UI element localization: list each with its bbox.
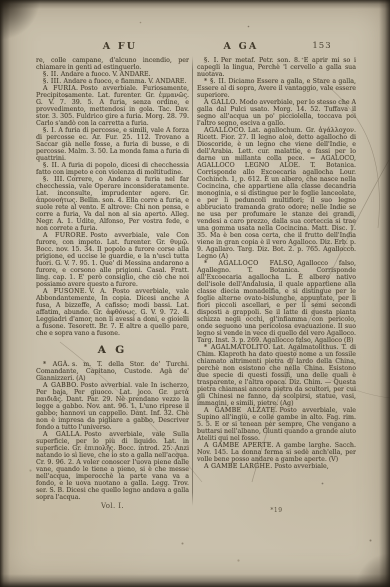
running-head-right: A GA [197,41,285,52]
entry-paragraph: A FURIA.Posto avverbiale. Furiosamente, … [36,85,189,127]
entry-paragraph: * AGALLOCO FALSO,Agallocco falso, Agalle… [197,260,356,344]
entry-paragraph: §. III.Correre, o Andare a furia nel far… [36,176,189,232]
entry-paragraph: A FURORE.Posto avverbiale, vale Con furo… [36,232,189,288]
left-column: re, colle campane, d'alcuno incendio, pe… [36,57,189,507]
page-number: 153 [302,41,342,51]
entry-headword: A GABBO. [43,382,79,389]
entry-text: Posto avverbiale, vale Con furore, con i… [36,232,189,288]
entry-paragraph: AGALLOCO.Lat. agallochum. Gr. ἀγάλλοχον.… [197,127,356,260]
entry-paragraph: * §. II.Diciamo Essere a galla, e Stare … [197,78,356,99]
volume-label: Vol. I. [36,502,189,510]
entry-text: re, colle campane, d'alcuno incendio, pe… [36,57,189,71]
entry-headword: A GALLA. [43,431,82,438]
entry-paragraph: §. I.A furia di percosse, e simili, vale… [36,127,189,162]
entry-text: Posto avverbiale, vale Sulla superficie,… [36,431,189,501]
section-heading: A G [36,347,189,354]
entry-headword: §. I. [204,57,219,64]
entry-paragraph: re, colle campane, d'alcuno incendio, pe… [36,57,189,71]
entry-text: Posto avverbiale. Furiosamente, Precipit… [36,85,189,127]
entry-text: Andare a fuoco. V. ANDARE. [61,71,151,78]
entry-headword: A FUSONE. [43,288,87,295]
entry-text: Correre, o Andare a furia nel far checch… [36,176,189,232]
entry-headword: * AGÀ. [43,361,70,368]
entry-text: V. A. Posto avverbiale, vale Abbondantem… [36,288,189,337]
entry-headword: AGALLOCO. [204,127,246,134]
entry-paragraph: §. III.Andare a fuoco, e fiamma. V. ANDA… [36,78,189,85]
entry-paragraph: A GAMBE APERTE.A gambe larghe. Sacch. No… [197,442,356,463]
right-column: §. I.Per metaf. Petr. son. 8. E aprir mi… [197,57,356,507]
entry-headword: A GAMBE LARGHE. [204,463,273,470]
entry-text: Lat. agallochum. Gr. ἀγάλλοχον. Ricett. … [197,127,356,260]
running-head-left: A FU [44,41,196,52]
entry-headword: A FURIA. [43,85,78,92]
entry-headword: * AGALLOCO FALSO, [204,260,295,267]
entry-headword: * AGALMATOLITO. [204,344,271,351]
entry-text: Andare a fuoco, e fiamma. V. ANDARE. [64,78,187,85]
entry-paragraph: A GALLO.Modo avverbiale, per lo stesso c… [197,99,356,127]
entry-paragraph: §. II.A furia di popolo, dicesi di checc… [36,162,189,176]
entry-headword: A FURORE. [43,232,88,239]
running-head: A FU A GA 153 [0,41,390,53]
entry-headword: §. III. [43,176,65,183]
entry-headword: A GALLO. [204,99,238,106]
entry-paragraph: A GAMBE LARGHE.Posto avverbiale, [197,463,356,470]
paper: A FU A GA 153 re, colle campane, d'alcun… [0,0,390,587]
entry-text: Posto avverbial. vale In ischerzo, Per b… [36,382,189,431]
entry-headword: §. II. [43,71,59,78]
column-divider [192,56,193,506]
entry-headword: * §. II. [204,78,226,85]
entry-paragraph: A GALLA.Posto avverbiale, vale Sulla sup… [36,431,189,501]
entry-text: Posto avverbiale, [275,463,329,470]
entry-headword: A GAMBE ALZATE. [204,407,277,414]
entry-paragraph: §. II.Andare a fuoco. V. ANDARE. [36,71,189,78]
entry-headword: §. II. [43,162,59,169]
paper-specks [0,0,1,1]
scanned-book-page: A FU A GA 153 re, colle campane, d'alcun… [0,0,390,587]
signature-mark: *19 [197,507,356,514]
entry-headword: §. I. [43,127,56,134]
entry-paragraph: A GAMBE ALZATE.Posto avverbiale, vale Su… [197,407,356,442]
entry-text: Lat. Agalmatolithus. T. di Chim. Klaprot… [197,344,356,407]
entry-text: Per metaf. Petr. son. 8. E aprir mi so i… [197,57,356,78]
entry-paragraph: * AGALMATOLITO.Lat. Agalmatolithus. T. d… [197,344,356,407]
entry-headword: §. III. [43,78,62,85]
entry-paragraph: * AGÀ.s. m. T. della Stor. de' Turchi. C… [36,361,189,382]
entry-paragraph: A FUSONE.V. A. Posto avverbiale, vale Ab… [36,288,189,337]
entry-paragraph: §. I.Per metaf. Petr. son. 8. E aprir mi… [197,57,356,78]
entry-headword: A GAMBE APERTE. [204,442,274,449]
entry-paragraph: A GABBO.Posto avverbial. vale In ischerz… [36,382,189,431]
entry-text: A furia di percosse, e simili, vale A fo… [36,127,189,162]
entry-text: Agallocco falso, Agallegno. T. Botanica.… [197,260,356,344]
